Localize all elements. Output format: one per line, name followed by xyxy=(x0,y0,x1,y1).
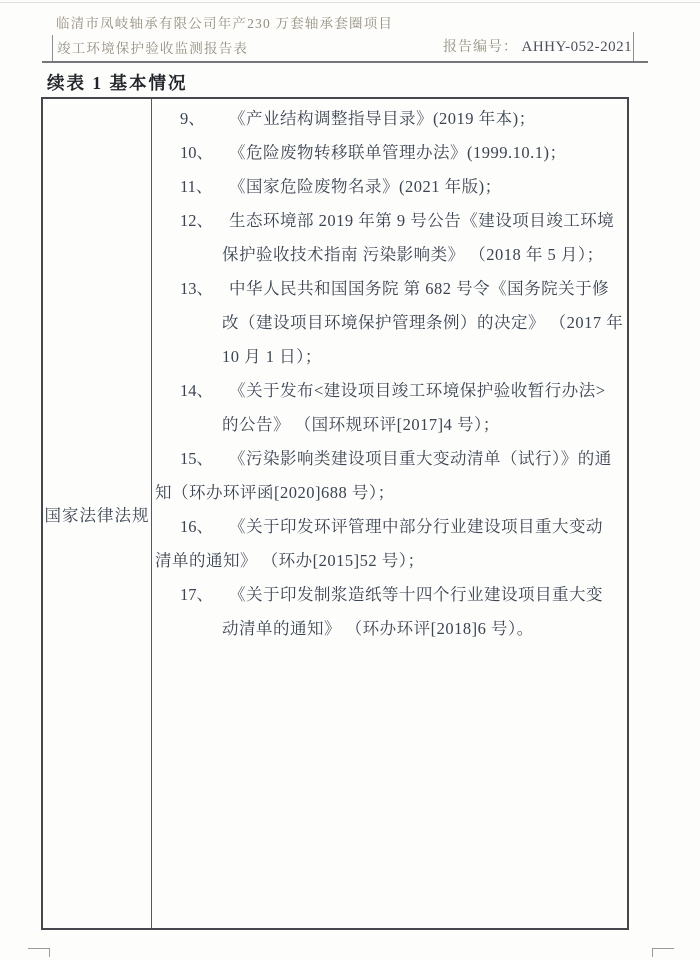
law-item-number: 14、 xyxy=(180,374,229,408)
law-item-text: 《危险废物转移联单管理办法》(1999.10.1)； xyxy=(229,143,567,162)
law-item-number: 15、 xyxy=(180,442,229,476)
law-item-text: 《关于印发制浆造纸等十四个行业建设项目重大变 xyxy=(229,585,603,604)
law-item-line: 12、生态环境部 2019 年第 9 号公告《建设项目竣工环境 xyxy=(152,204,627,238)
law-item-text: 《国家危险废物名录》(2021 年版)； xyxy=(229,177,502,196)
law-item-text: 的公告》 （国环规环评[2017]4 号）； xyxy=(222,415,500,434)
header-left-tick xyxy=(52,35,53,61)
law-item-line: 的公告》 （国环规环评[2017]4 号）； xyxy=(152,408,627,442)
law-item-line: 16、《关于印发环评管理中部分行业建设项目重大变动 xyxy=(152,510,627,544)
law-item-line: 17、《关于印发制浆造纸等十四个行业建设项目重大变 xyxy=(152,578,627,612)
law-item-text: 中华人民共和国国务院 第 682 号令《国务院关于修 xyxy=(229,279,609,298)
law-item-number: 9、 xyxy=(180,102,229,136)
table-row-header-cell: 国家法律法规 xyxy=(43,99,152,928)
law-item-text: 《产业结构调整指导目录》(2019 年本)； xyxy=(229,109,536,128)
law-item-number: 16、 xyxy=(180,510,229,544)
row-header-label: 国家法律法规 xyxy=(45,502,150,526)
header-right-tick xyxy=(633,32,634,61)
law-item-number: 10、 xyxy=(180,136,229,170)
header-project-title: 临清市凤岐轴承有限公司年产230 万套轴承套圈项目 xyxy=(56,12,393,32)
law-item-text: 改（建设项目环境保护管理条例）的决定》 （2017 年 xyxy=(222,313,623,332)
law-item-line: 10 月 1 日）； xyxy=(152,340,627,374)
law-item-line: 14、《关于发布<建设项目竣工环境保护验收暂行办法> xyxy=(152,374,627,408)
report-number-label: 报告编号： xyxy=(443,40,518,55)
document-page: 临清市凤岐轴承有限公司年产230 万套轴承套圈项目 竣工环境保护验收监测报告表 … xyxy=(0,0,700,960)
report-number: 报告编号： AHHY-052-2021 xyxy=(443,36,632,56)
law-item-text: 动清单的通知》 （环办环评[2018]6 号）。 xyxy=(222,619,534,638)
law-item-text: 《关于发布<建设项目竣工环境保护验收暂行办法> xyxy=(229,381,606,400)
law-item-number: 13、 xyxy=(180,272,229,306)
law-item-line: 13、中华人民共和国国务院 第 682 号令《国务院关于修 xyxy=(152,272,627,306)
law-item-line: 保护验收技术指南 污染影响类》 （2018 年 5 月）； xyxy=(152,238,627,272)
law-item-text: 《污染影响类建设项目重大变动清单（试行）》的通 xyxy=(229,449,612,468)
law-item-line: 知（环办环评函[2020]688 号）； xyxy=(152,476,627,510)
bottom-left-crop-mark xyxy=(28,948,50,957)
law-item-line: 9、《产业结构调整指导目录》(2019 年本)； xyxy=(152,102,627,136)
law-item-text: 知（环办环评函[2020]688 号）； xyxy=(155,483,395,502)
law-item-line: 改（建设项目环境保护管理条例）的决定》 （2017 年 xyxy=(152,306,627,340)
bottom-right-crop-mark xyxy=(652,948,674,957)
law-item-number: 11、 xyxy=(180,170,229,204)
law-item-line: 15、《污染影响类建设项目重大变动清单（试行）》的通 xyxy=(152,442,627,476)
law-item-number: 17、 xyxy=(180,578,229,612)
section-title: 续表 1 基本情况 xyxy=(47,70,188,95)
law-item-line: 动清单的通知》 （环办环评[2018]6 号）。 xyxy=(152,612,627,646)
law-item-line: 11、《国家危险废物名录》(2021 年版)； xyxy=(152,170,627,204)
law-item-text: 《关于印发环评管理中部分行业建设项目重大变动 xyxy=(229,517,603,536)
page-top-edge-line xyxy=(0,2,700,3)
header-report-type: 竣工环境保护验收监测报告表 xyxy=(57,37,248,57)
basic-info-table: 国家法律法规 9、《产业结构调整指导目录》(2019 年本)；10、《危险废物转… xyxy=(41,97,629,930)
law-item-text: 保护验收技术指南 污染影响类》 （2018 年 5 月）； xyxy=(222,245,604,264)
law-item-text: 清单的通知》 （环办[2015]52 号）； xyxy=(155,551,425,570)
header-divider-rule xyxy=(42,61,648,63)
law-item-number: 12、 xyxy=(180,204,229,238)
law-item-line: 10、《危险废物转移联单管理办法》(1999.10.1)； xyxy=(152,136,627,170)
report-number-value: AHHY-052-2021 xyxy=(522,39,633,55)
law-item-text: 生态环境部 2019 年第 9 号公告《建设项目竣工环境 xyxy=(229,211,614,230)
table-content-cell: 9、《产业结构调整指导目录》(2019 年本)；10、《危险废物转移联单管理办法… xyxy=(152,99,627,928)
law-item-text: 10 月 1 日）； xyxy=(222,347,322,366)
law-item-line: 清单的通知》 （环办[2015]52 号）； xyxy=(152,544,627,578)
